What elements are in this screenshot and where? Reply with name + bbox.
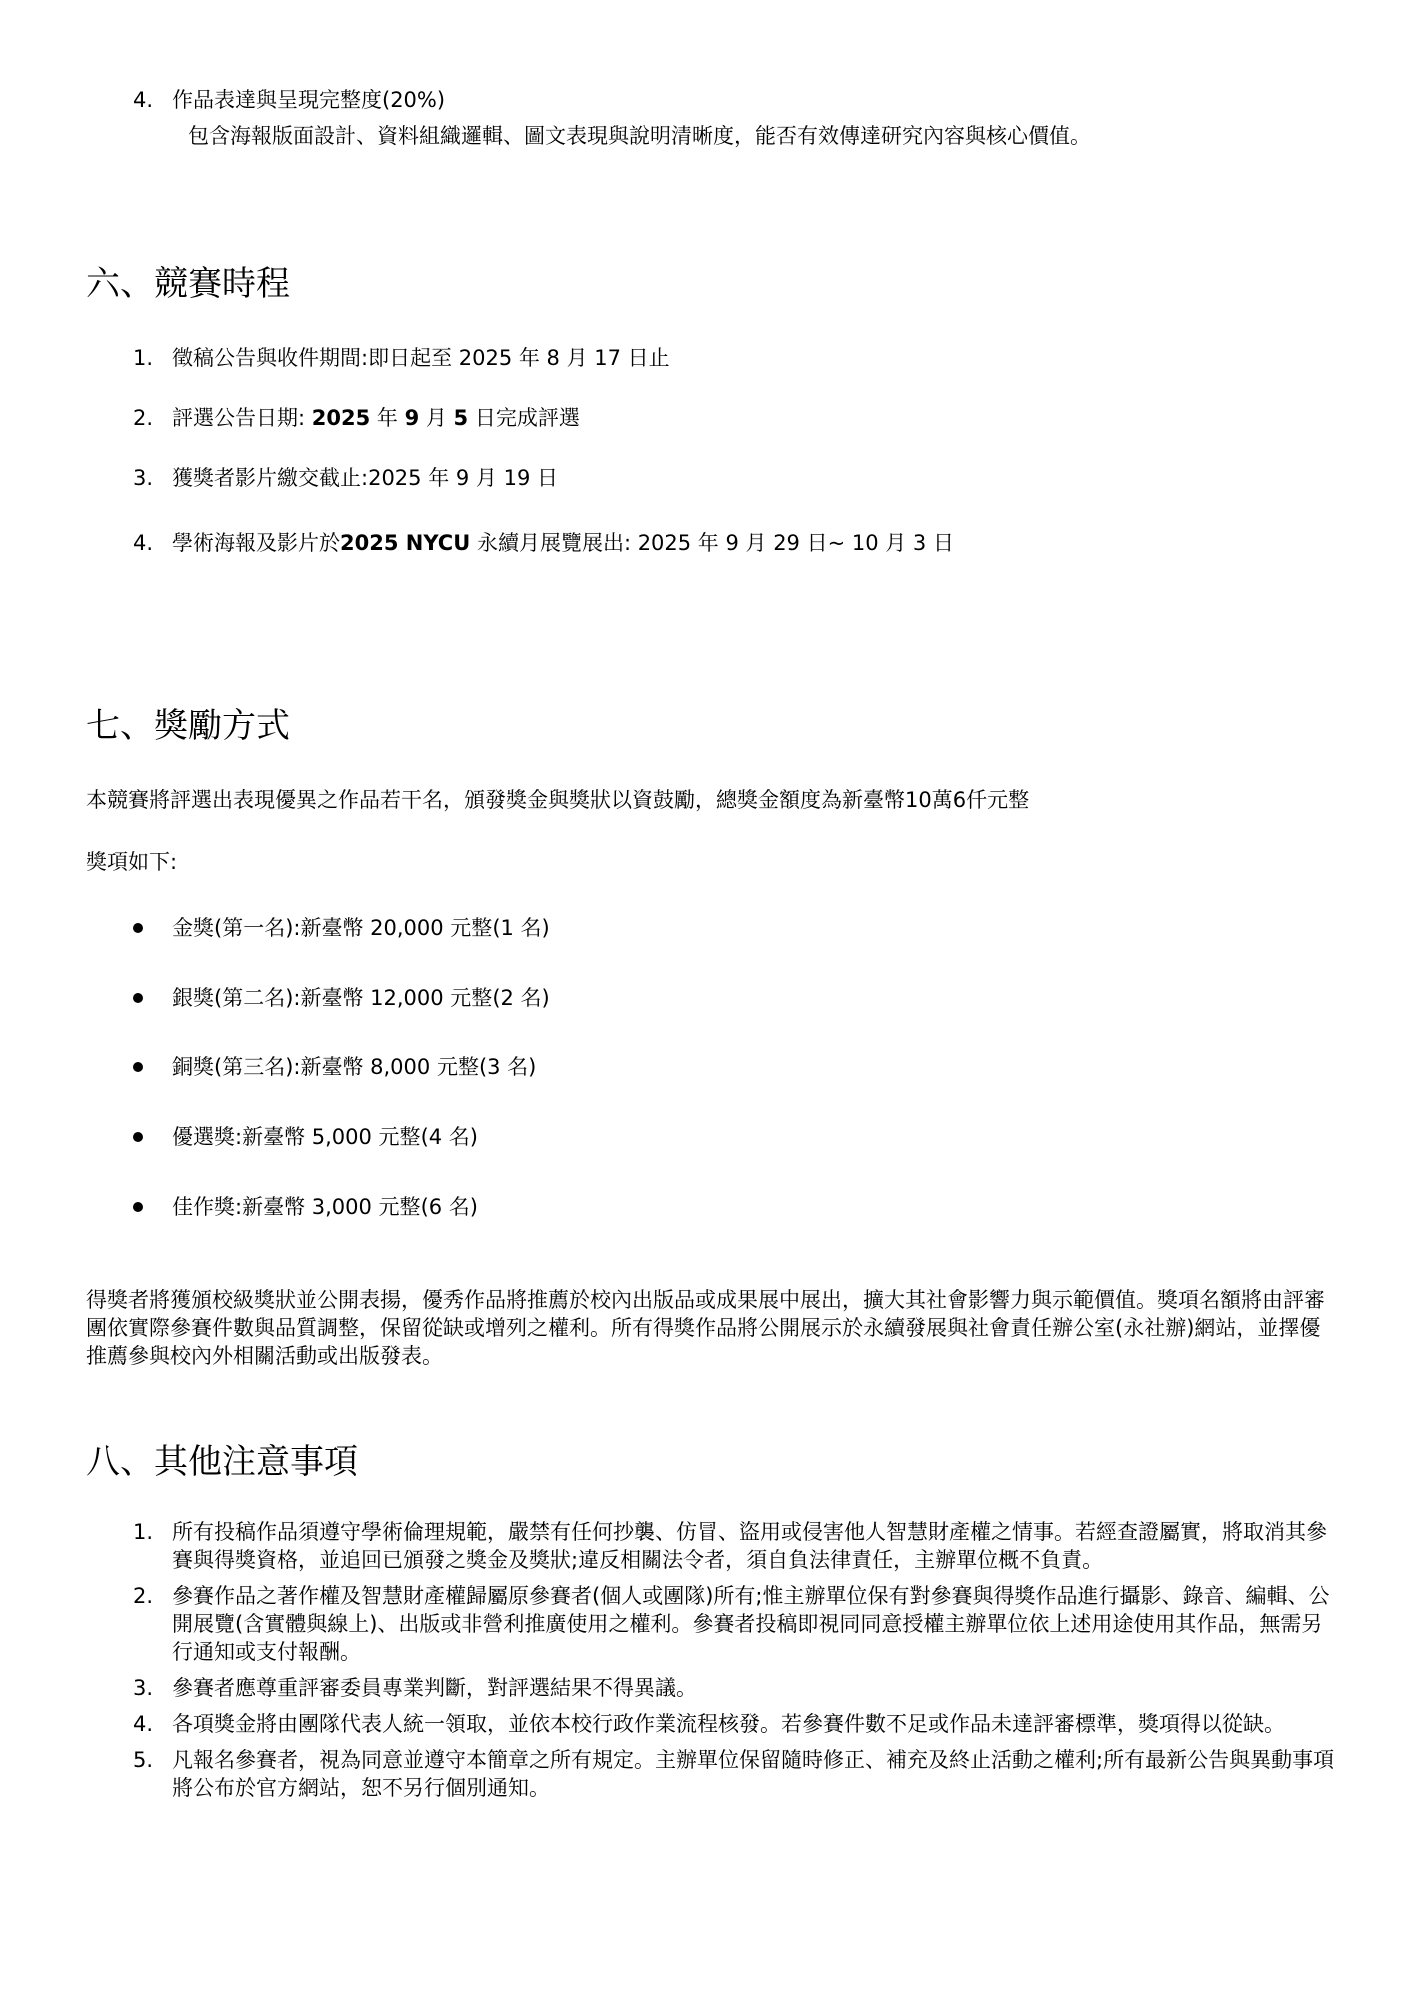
- prize-amount: 新臺幣 20,000 元整: [300, 916, 492, 940]
- note-text: 各項獎金將由團隊代表人統一領取，並依本校行政作業流程核發。若參賽件數不足或作品未…: [172, 1710, 1343, 1738]
- prize-count: (3 名): [479, 1055, 536, 1079]
- prize-amount: 新臺幣 8,000 元整: [300, 1055, 478, 1079]
- schedule-text: 學術海報及影片於2025 NYCU 永續月展覽展出: 2025 年 9 月 29…: [172, 529, 954, 557]
- bullet-icon: [133, 993, 143, 1003]
- section-heading-awards: 七、獎勵方式: [86, 704, 290, 748]
- prize-name: 銅獎(第三名): [172, 1055, 293, 1079]
- awards-closing-paragraph: 得獎者將獲頒校級獎狀並公開表揚，優秀作品將推薦於校內出版品或成果展中展出，擴大其…: [86, 1286, 1336, 1370]
- section-heading-schedule: 六、競賽時程: [86, 262, 290, 306]
- schedule-text: 徵稿公告與收件期間:即日起至 2025 年 8 月 17 日止: [172, 344, 670, 372]
- schedule-item: 1. 徵稿公告與收件期間:即日起至 2025 年 8 月 17 日止: [0, 344, 1416, 372]
- schedule-value: 2025 年 9 月 19 日: [368, 466, 558, 490]
- schedule-item: 4. 學術海報及影片於2025 NYCU 永續月展覽展出: 2025 年 9 月…: [0, 529, 1416, 557]
- prize-item: 銀獎(第二名):新臺幣 12,000 元整(2 名): [0, 984, 1416, 1012]
- list-number: 1.: [133, 344, 153, 372]
- schedule-sep: 月: [419, 406, 453, 430]
- prize-count: (2 名): [492, 986, 549, 1010]
- schedule-label: 學術海報及影片於: [172, 531, 340, 555]
- prize-item: 優選獎:新臺幣 5,000 元整(4 名): [0, 1123, 1416, 1151]
- list-number: 3.: [133, 1674, 153, 1702]
- prize-count: (6 名): [421, 1195, 478, 1219]
- note-item: 4. 各項獎金將由團隊代表人統一領取，並依本校行政作業流程核發。若參賽件數不足或…: [133, 1710, 1343, 1738]
- schedule-label: 獲獎者影片繳交截止:: [172, 466, 368, 490]
- prize-amount: 新臺幣 3,000 元整: [242, 1195, 420, 1219]
- bullet-icon: [133, 1132, 143, 1142]
- prize-amount: 新臺幣 12,000 元整: [300, 986, 492, 1010]
- list-number: 1.: [133, 1518, 153, 1546]
- list-number: 2.: [133, 404, 153, 432]
- schedule-event-name: 2025 NYCU: [340, 531, 470, 555]
- criteria-item-4: 4. 作品表達與呈現完整度(20%) 包含海報版面設計、資料組織邏輯、圖文表現與…: [0, 86, 1416, 156]
- prize-name: 佳作獎: [172, 1195, 235, 1219]
- list-number: 4.: [133, 1710, 153, 1738]
- schedule-label: 評選公告日期:: [172, 406, 312, 430]
- schedule-item: 2. 評選公告日期: 2025 年 9 月 5 日完成評選: [0, 404, 1416, 432]
- note-item: 5. 凡報名參賽者，視為同意並遵守本簡章之所有規定。主辦單位保留隨時修正、補充及…: [133, 1746, 1343, 1802]
- criteria-title: 作品表達與呈現完整度(20%): [172, 86, 445, 114]
- prize-name: 優選獎: [172, 1125, 235, 1149]
- schedule-value: 永續月展覽展出: 2025 年 9 月 29 日~ 10 月 3 日: [470, 531, 954, 555]
- prize-name: 銀獎(第二名): [172, 986, 293, 1010]
- note-item: 2. 參賽作品之著作權及智慧財產權歸屬原參賽者(個人或團隊)所有;惟主辦單位保有…: [133, 1582, 1343, 1666]
- schedule-text: 獲獎者影片繳交截止:2025 年 9 月 19 日: [172, 464, 558, 492]
- list-number: 3.: [133, 464, 153, 492]
- prize-count: (1 名): [492, 916, 549, 940]
- schedule-sep: 年: [370, 406, 404, 430]
- prize-item: 銅獎(第三名):新臺幣 8,000 元整(3 名): [0, 1053, 1416, 1081]
- prize-text: 優選獎:新臺幣 5,000 元整(4 名): [172, 1123, 478, 1151]
- prize-text: 金獎(第一名):新臺幣 20,000 元整(1 名): [172, 914, 550, 942]
- note-text: 所有投稿作品須遵守學術倫理規範，嚴禁有任何抄襲、仿冒、盜用或侵害他人智慧財產權之…: [172, 1518, 1343, 1574]
- schedule-text: 評選公告日期: 2025 年 9 月 5 日完成評選: [172, 404, 580, 432]
- note-text: 參賽者應尊重評審委員專業判斷，對評選結果不得異議。: [172, 1674, 1343, 1702]
- prize-text: 銅獎(第三名):新臺幣 8,000 元整(3 名): [172, 1053, 536, 1081]
- section-heading-notes: 八、其他注意事項: [86, 1440, 358, 1484]
- schedule-value: 即日起至 2025 年 8 月 17 日止: [368, 346, 670, 370]
- prize-text: 佳作獎:新臺幣 3,000 元整(6 名): [172, 1193, 478, 1221]
- awards-list-label: 獎項如下:: [86, 848, 177, 876]
- schedule-item: 3. 獲獎者影片繳交截止:2025 年 9 月 19 日: [0, 464, 1416, 492]
- note-text: 參賽作品之著作權及智慧財產權歸屬原參賽者(個人或團隊)所有;惟主辦單位保有對參賽…: [172, 1582, 1343, 1666]
- list-number: 2.: [133, 1582, 153, 1610]
- list-number: 4.: [133, 86, 153, 114]
- prize-item: 金獎(第一名):新臺幣 20,000 元整(1 名): [0, 914, 1416, 942]
- schedule-label: 徵稿公告與收件期間:: [172, 346, 368, 370]
- prize-text: 銀獎(第二名):新臺幣 12,000 元整(2 名): [172, 984, 550, 1012]
- notes-list: 1. 所有投稿作品須遵守學術倫理規範，嚴禁有任何抄襲、仿冒、盜用或侵害他人智慧財…: [133, 1518, 1343, 1802]
- bullet-icon: [133, 1062, 143, 1072]
- criteria-description: 包含海報版面設計、資料組織邏輯、圖文表現與說明清晰度，能否有效傳達研究內容與核心…: [188, 122, 1091, 150]
- list-number: 5.: [133, 1746, 153, 1774]
- schedule-day: 5: [454, 406, 469, 430]
- prize-name: 金獎(第一名): [172, 916, 293, 940]
- prize-amount: 新臺幣 5,000 元整: [242, 1125, 420, 1149]
- schedule-tail: 日完成評選: [468, 406, 580, 430]
- prize-item: 佳作獎:新臺幣 3,000 元整(6 名): [0, 1193, 1416, 1221]
- note-text: 凡報名參賽者，視為同意並遵守本簡章之所有規定。主辦單位保留隨時修正、補充及終止活…: [172, 1746, 1343, 1802]
- bullet-icon: [133, 1202, 143, 1212]
- bullet-icon: [133, 923, 143, 933]
- schedule-month: 9: [405, 406, 420, 430]
- schedule-year: 2025: [312, 406, 370, 430]
- list-number: 4.: [133, 529, 153, 557]
- note-item: 3. 參賽者應尊重評審委員專業判斷，對評選結果不得異議。: [133, 1674, 1343, 1702]
- awards-intro: 本競賽將評選出表現優異之作品若干名，頒發獎金與獎狀以資鼓勵，總獎金額度為新臺幣1…: [86, 786, 1029, 814]
- prize-count: (4 名): [421, 1125, 478, 1149]
- note-item: 1. 所有投稿作品須遵守學術倫理規範，嚴禁有任何抄襲、仿冒、盜用或侵害他人智慧財…: [133, 1518, 1343, 1574]
